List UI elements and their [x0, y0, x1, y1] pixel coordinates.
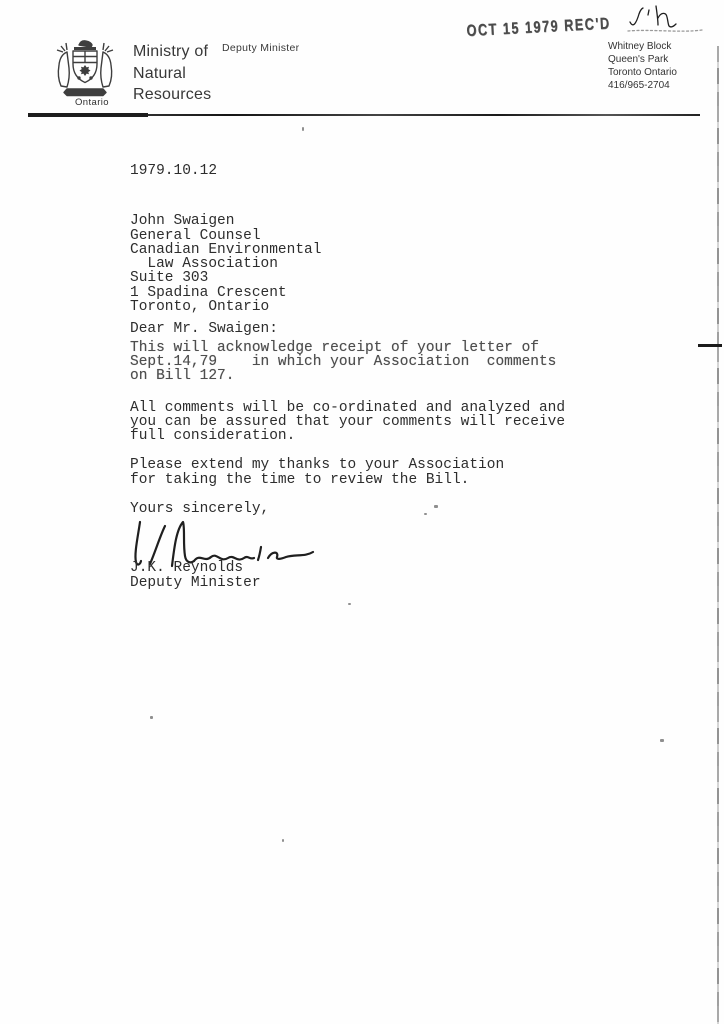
- recipient-line: Canadian Environmental: [130, 243, 630, 257]
- recipient-line: General Counsel: [130, 229, 630, 243]
- recipient-address: John Swaigen General Counsel Canadian En…: [130, 214, 630, 314]
- recipient-line: Law Association: [130, 257, 630, 271]
- letter-date: 1979.10.12: [130, 164, 630, 178]
- recipient-line: Suite 303: [130, 271, 630, 285]
- scan-speck: [282, 839, 284, 842]
- paragraph: This will acknowledge receipt of your le…: [130, 341, 630, 384]
- office-label: Deputy Minister: [222, 42, 299, 54]
- hq-address: Whitney Block Queen's Park Toronto Ontar…: [608, 40, 677, 92]
- signer-title: Deputy Minister: [130, 576, 630, 590]
- hq-address-line: Queen's Park: [608, 53, 677, 66]
- received-stamp: OCT 15 1979 REC'D: [466, 13, 611, 39]
- scan-edge-line: [717, 46, 719, 1024]
- ontario-coat-of-arms-icon: [53, 38, 117, 100]
- salutation: Dear Mr. Swaigen:: [130, 322, 630, 336]
- ministry-name-line: Ministry of: [133, 41, 211, 63]
- hq-address-line: Toronto Ontario: [608, 66, 677, 79]
- recipient-line: 1 Spadina Crescent: [130, 286, 630, 300]
- hq-address-line: 416/965-2704: [608, 79, 677, 92]
- ministry-name-line: Resources: [133, 84, 211, 106]
- handwritten-initials-mark: [626, 2, 706, 36]
- paragraph: Please extend my thanks to your Associat…: [130, 458, 630, 487]
- letter-body: 1979.10.12 John Swaigen General Counsel …: [130, 164, 630, 590]
- hq-address-line: Whitney Block: [608, 40, 677, 53]
- scanned-letter-page: Ontario Ministry of Natural Resources De…: [0, 0, 724, 1024]
- recipient-line: Toronto, Ontario: [130, 300, 630, 314]
- signer-name: J.K. Reynolds: [130, 561, 630, 575]
- crest-label: Ontario: [66, 97, 118, 108]
- margin-dash-mark: [698, 344, 722, 347]
- scan-speck: [348, 603, 351, 605]
- closing: Yours sincerely,: [130, 502, 630, 516]
- ministry-name: Ministry of Natural Resources: [133, 41, 211, 106]
- scan-speck: [150, 716, 153, 719]
- scan-speck: [660, 739, 664, 742]
- recipient-line: John Swaigen: [130, 214, 630, 228]
- scan-speck: [302, 127, 304, 131]
- header-divider-segment: [28, 113, 148, 117]
- ministry-name-line: Natural: [133, 63, 211, 85]
- paragraph: All comments will be co-ordinated and an…: [130, 401, 630, 444]
